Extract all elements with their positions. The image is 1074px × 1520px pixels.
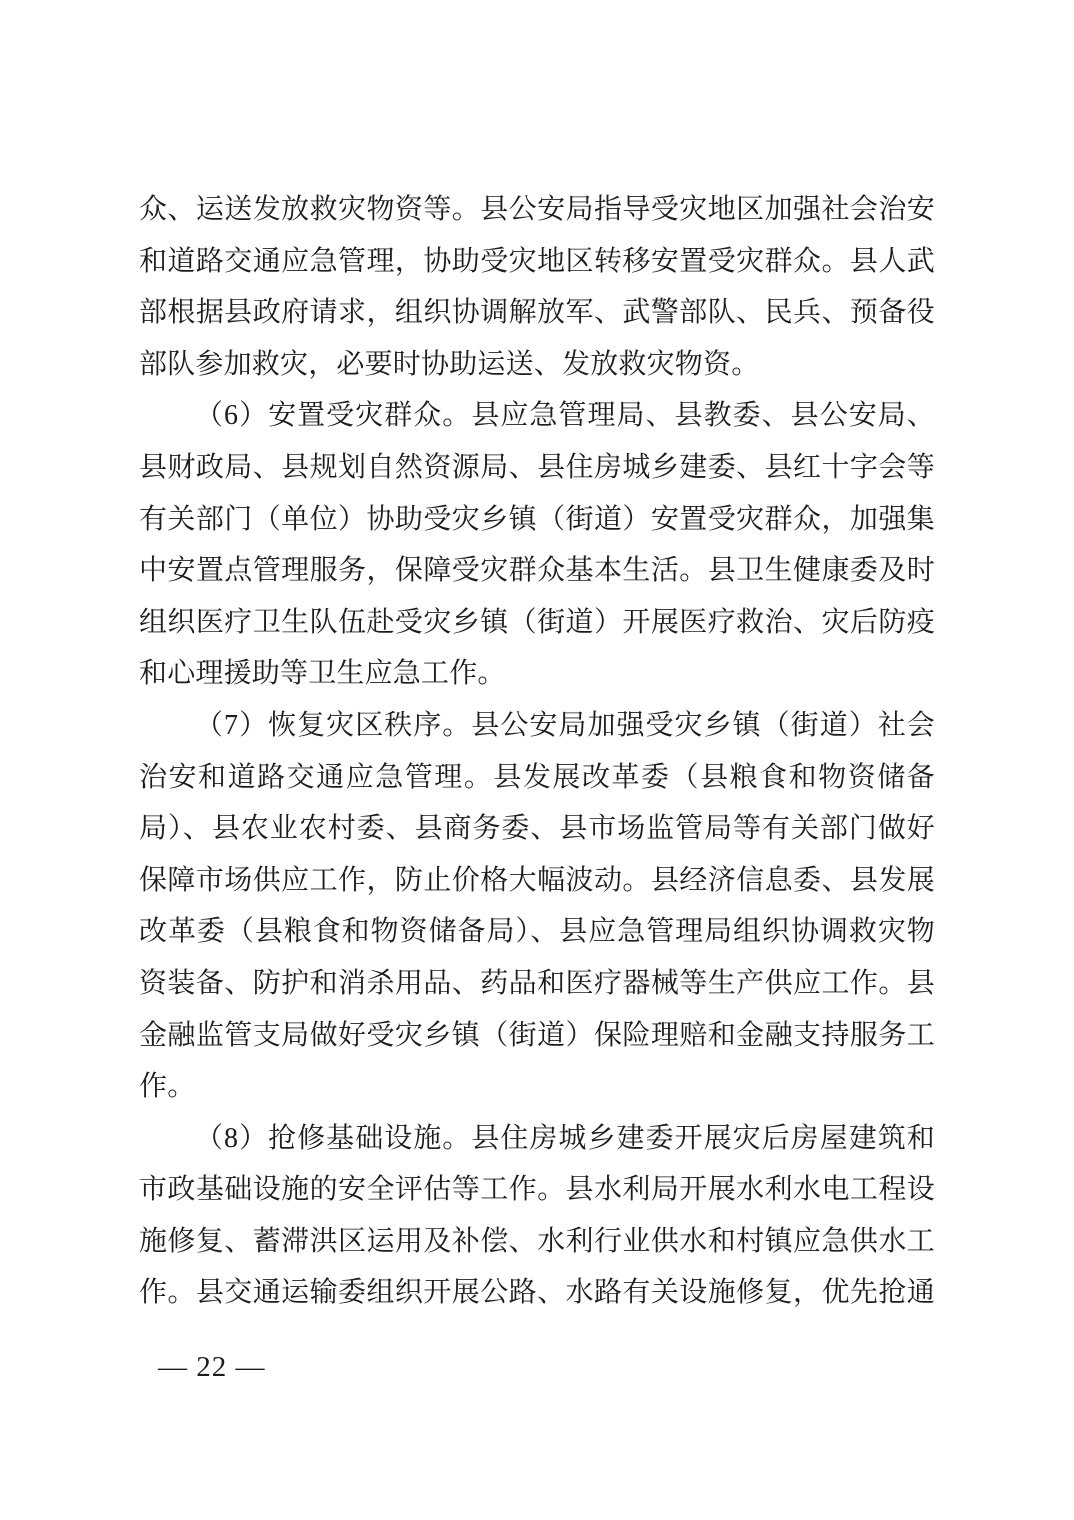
page-number: — 22 — [158,1351,266,1383]
paragraph-continuation: 众、运送发放救灾物资等。县公安局指导受灾地区加强社会治安和道路交通应急管理，协助… [139,184,935,390]
paragraph-item-6: （6）安置受灾群众。县应急管理局、县教委、县公安局、县财政局、县规划自然资源局、… [139,390,935,700]
paragraph-item-8: （8）抢修基础设施。县住房城乡建委开展灾后房屋建筑和市政基础设施的安全评估等工作… [139,1113,935,1319]
page-footer: — 22 — [158,1349,266,1385]
document-body: 众、运送发放救灾物资等。县公安局指导受灾地区加强社会治安和道路交通应急管理，协助… [139,184,935,1319]
paragraph-item-7: （7）恢复灾区秩序。县公安局加强受灾乡镇（街道）社会治安和道路交通应急管理。县发… [139,700,935,1113]
document-page: 众、运送发放救灾物资等。县公安局指导受灾地区加强社会治安和道路交通应急管理，协助… [0,0,1074,1520]
